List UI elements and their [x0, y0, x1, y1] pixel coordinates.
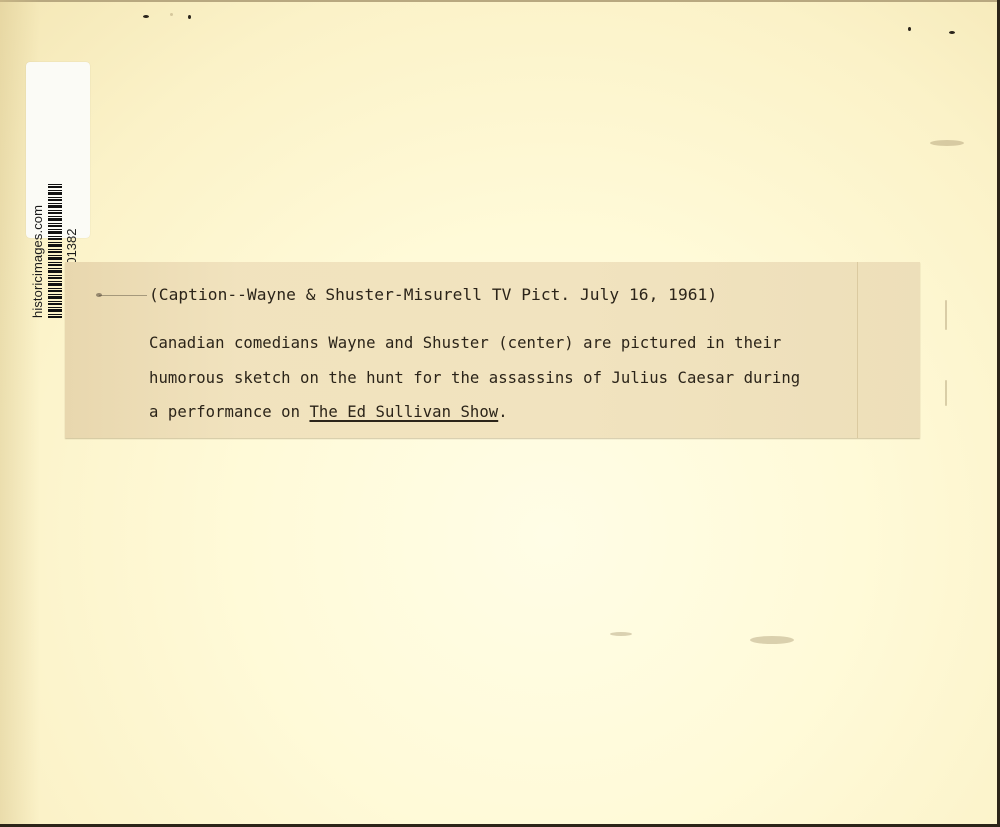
ink-speck — [143, 15, 149, 18]
smudge — [930, 140, 964, 146]
caption-line: a performance on The Ed Sullivan Show. — [149, 403, 508, 421]
caption-line3-suffix: . — [498, 403, 507, 421]
photo-back-paper: historicimages.com tux01382 (Caption--Wa… — [0, 0, 1000, 827]
label-site-text: historicimages.com — [30, 205, 45, 318]
ink-speck — [170, 13, 173, 16]
ink-speck — [949, 31, 955, 34]
barcode-label: historicimages.com tux01382 — [26, 62, 90, 238]
ink-speck — [188, 15, 191, 19]
pencil-line — [99, 295, 147, 296]
caption-line3-prefix: a performance on — [149, 403, 309, 421]
smudge — [945, 300, 947, 330]
barcode-icon — [48, 182, 62, 318]
smudge — [610, 632, 632, 636]
ink-speck — [908, 27, 911, 31]
strip-fold-line — [857, 262, 858, 438]
caption-header: (Caption--Wayne & Shuster-Misurell TV Pi… — [149, 285, 717, 304]
smudge — [750, 636, 794, 644]
caption-line: humorous sketch on the hunt for the assa… — [149, 369, 800, 387]
show-title: The Ed Sullivan Show — [309, 403, 498, 421]
smudge — [945, 380, 947, 406]
caption-strip: (Caption--Wayne & Shuster-Misurell TV Pi… — [65, 262, 920, 438]
caption-line: Canadian comedians Wayne and Shuster (ce… — [149, 334, 781, 352]
